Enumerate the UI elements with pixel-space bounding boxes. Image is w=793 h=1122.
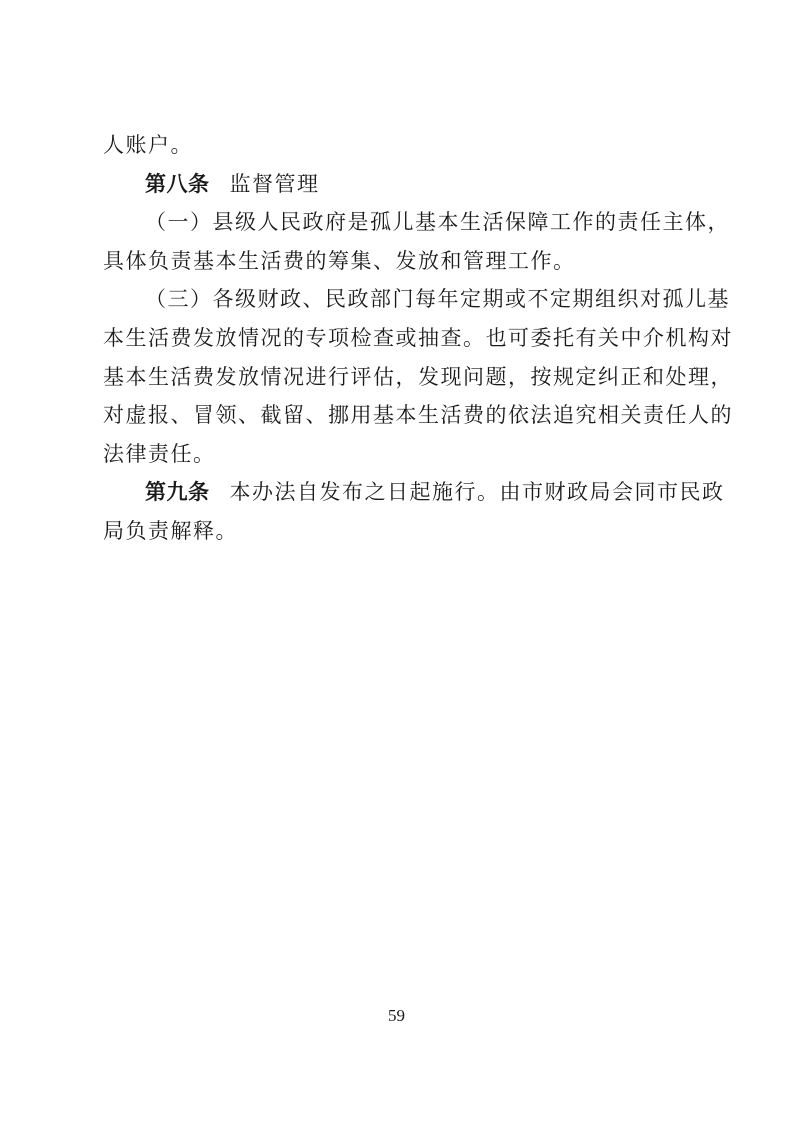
article-8-item-3-line-1: （三）各级财政、民政部门每年定期或不定期组织对孤儿基	[103, 280, 693, 319]
article-8-item-1-line-1: （一）县级人民政府是孤儿基本生活保障工作的责任主体，	[103, 203, 693, 242]
page-number: 59	[0, 1006, 793, 1026]
article-9-heading: 第九条	[145, 480, 210, 504]
article-9-text: 本办法自发布之日起施行。由市财政局会同市民政	[230, 480, 725, 504]
article-8-item-1-line-2: 具体负责基本生活费的筹集、发放和管理工作。	[103, 242, 693, 281]
article-8-title: 监督管理	[230, 172, 320, 196]
article-9-line-1: 第九条本办法自发布之日起施行。由市财政局会同市民政	[103, 473, 693, 512]
article-9-line-2: 局负责解释。	[103, 512, 693, 551]
article-8-heading-line: 第八条监督管理	[103, 165, 693, 204]
document-page: 人账户。 第八条监督管理 （一）县级人民政府是孤儿基本生活保障工作的责任主体， …	[103, 126, 693, 551]
article-8-heading: 第八条	[145, 172, 210, 196]
article-8-item-3-line-3: 基本生活费发放情况进行评估，发现问题，按规定纠正和处理，	[103, 358, 693, 397]
article-8-item-3-line-2: 本生活费发放情况的专项检查或抽查。也可委托有关中介机构对	[103, 319, 693, 358]
continuation-line: 人账户。	[103, 126, 693, 165]
article-8-item-3-line-4: 对虚报、冒领、截留、挪用基本生活费的依法追究相关责任人的	[103, 396, 693, 435]
article-8-item-3-line-5: 法律责任。	[103, 435, 693, 474]
